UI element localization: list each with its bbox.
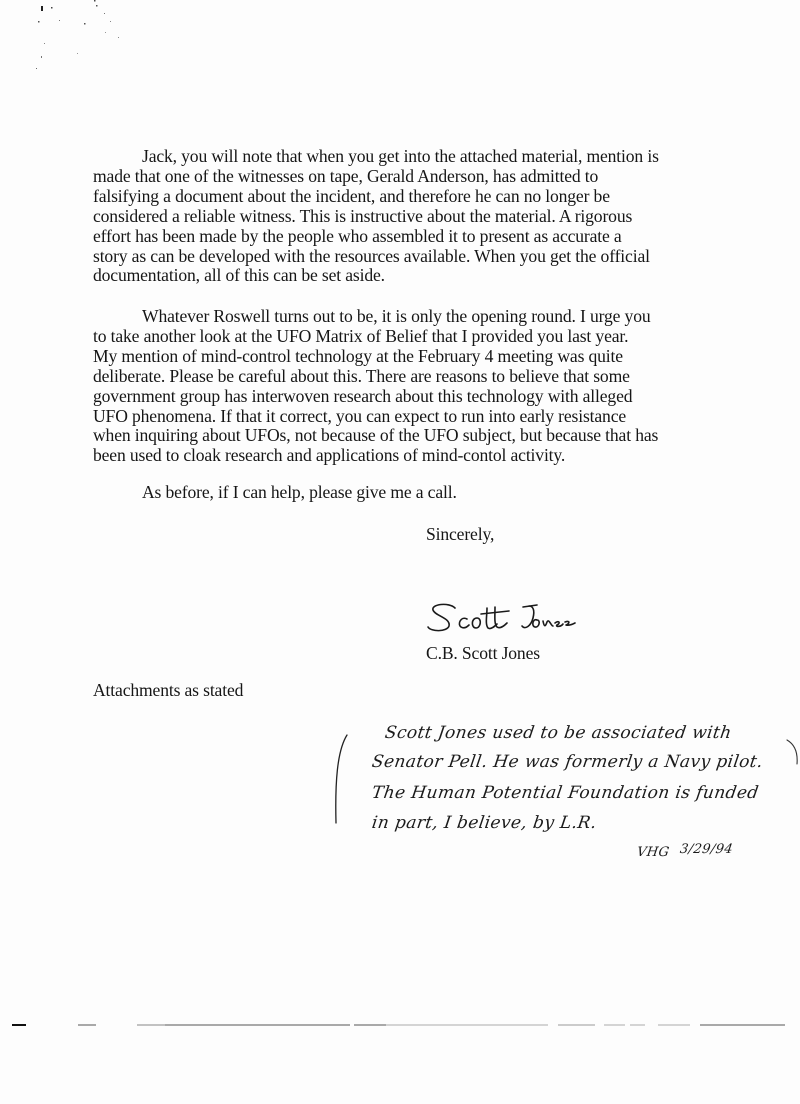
paragraph-line: government group has interwoven research…	[93, 387, 718, 407]
handwritten-signature	[425, 596, 585, 638]
body-paragraph-1: Jack, you will note that when you get in…	[93, 147, 718, 286]
paragraph-line: when inquiring about UFOs, not because o…	[93, 426, 718, 446]
paragraph-line: My mention of mind-control technology at…	[93, 347, 718, 367]
paragraph-line: Whatever Roswell turns out to be, it is …	[93, 307, 718, 327]
paragraph-line: considered a reliable witness. This is i…	[93, 207, 718, 227]
handwritten-note-line: Scott Jones used to be associated with	[384, 723, 733, 743]
closing-salutation: Sincerely,	[426, 525, 494, 545]
scan-noise-specks	[0, 0, 200, 80]
paragraph-line: effort has been made by the people who a…	[93, 227, 718, 247]
paragraph-line: As before, if I can help, please give me…	[93, 483, 718, 503]
handwritten-bracket-left	[333, 733, 349, 825]
attachments-note: Attachments as stated	[93, 681, 243, 701]
paragraph-line: made that one of the witnesses on tape, …	[93, 167, 718, 187]
footer-rule	[0, 1022, 800, 1028]
body-paragraph-3: As before, if I can help, please give me…	[93, 483, 718, 503]
paragraph-line: been used to cloak research and applicat…	[93, 446, 718, 466]
handwritten-bracket-right	[786, 738, 800, 768]
document-page: Jack, you will note that when you get in…	[0, 0, 800, 1104]
handwritten-note-line: in part, I believe, by L.R.	[371, 813, 598, 833]
body-paragraph-2: Whatever Roswell turns out to be, it is …	[93, 307, 718, 466]
paragraph-line: deliberate. Please be careful about this…	[93, 367, 718, 387]
signer-name: C.B. Scott Jones	[426, 644, 540, 664]
paragraph-line: Jack, you will note that when you get in…	[93, 147, 718, 167]
paragraph-line: to take another look at the UFO Matrix o…	[93, 327, 718, 347]
paragraph-line: falsifying a document about the incident…	[93, 187, 718, 207]
handwritten-note-line: The Human Potential Foundation is funded	[371, 783, 760, 803]
handwritten-note-line: Senator Pell. He was formerly a Navy pil…	[371, 752, 765, 772]
paragraph-line: story as can be developed with the resou…	[93, 247, 718, 267]
paragraph-line: UFO phenomena. If that it correct, you c…	[93, 407, 718, 427]
paragraph-line: documentation, all of this can be set as…	[93, 266, 718, 286]
handwritten-initials: VHG	[636, 845, 670, 860]
handwritten-date: 3/29/94	[679, 842, 734, 857]
